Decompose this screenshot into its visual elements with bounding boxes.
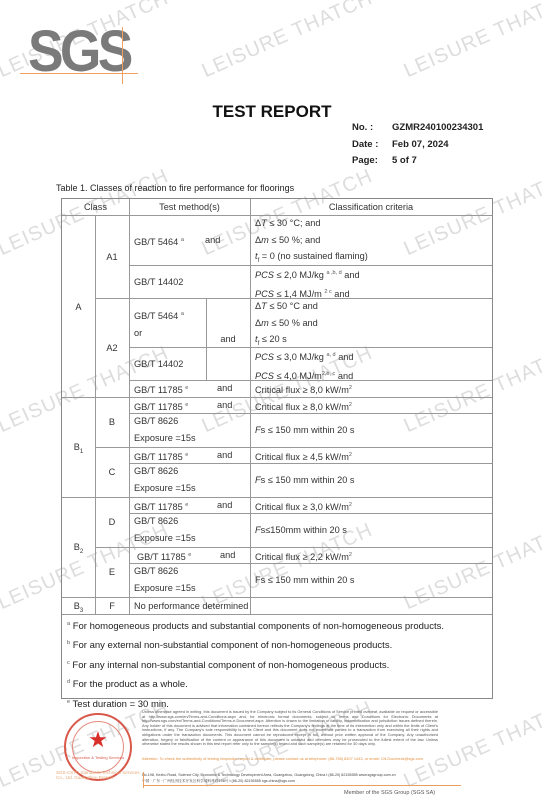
report-number: No. :GZMR240100234301 [352, 122, 483, 133]
star-icon: ★ [66, 729, 130, 751]
and-label: and [217, 397, 232, 414]
method-cell: GB/T 14402 [134, 274, 183, 291]
page-title: TEST REPORT [0, 102, 544, 122]
and-label: and [217, 497, 232, 514]
footnote-b: b For any external non-substantial compo… [67, 635, 444, 654]
method-cell: GB/T 14402 [134, 356, 183, 373]
criteria-cell: Critical flux ≥ 8,0 kW/m2 [255, 397, 352, 416]
branch-name: SGS-CSTC Standards Technical Services Co… [56, 770, 146, 780]
header-criteria: Classification criteria [250, 199, 492, 215]
authenticity-notice: Attention: To check the authenticity of … [142, 757, 438, 762]
method-cell: GB/T 8626Exposure =15s [134, 413, 196, 446]
class-c: C [95, 464, 129, 481]
legal-disclaimer: Unless otherwise agreed in writing, this… [142, 710, 438, 747]
class-a1: A1 [95, 249, 129, 266]
watermark-text: LEISURE THATCH [199, 0, 377, 83]
class-f: F [95, 598, 129, 615]
class-e: E [95, 564, 129, 581]
method-cell: GB/T 5464 a [134, 232, 184, 251]
and-label: and [220, 547, 235, 564]
sgs-logo: SGS [28, 25, 130, 79]
criteria-cell: ΔT ≤ 50 °C and Δm ≤ 50 % and tf ≤ 20 s [255, 298, 318, 352]
criteria-cell: Fs≤150mm within 20 s [255, 522, 347, 539]
criteria-cell: PCS ≤ 2,0 MJ/kg a ,b, d and PCS ≤ 1,4 MJ… [255, 265, 360, 302]
no-performance-cell: No performance determined [134, 598, 248, 615]
footnotes: a For homogeneous products and substanti… [67, 616, 444, 713]
footnote-d: d For the product as a whole. [67, 674, 444, 693]
member-statement: Member of the SGS Group (SGS SA) [344, 790, 435, 796]
method-cell: GB/T 5464 a or [134, 306, 184, 341]
criteria-cell: Fs ≤ 150 mm within 20 s [255, 422, 355, 439]
class-b1: B1 [62, 439, 95, 460]
fire-classification-table: Class Test method(s) Classification crit… [61, 198, 493, 699]
criteria-cell: PCS ≤ 3,0 MJ/kg a, d and PCS ≤ 4,0 MJ/m2… [255, 347, 354, 384]
criteria-cell: ΔT ≤ 30 °C; and Δm ≤ 50 %; and tf = 0 (n… [255, 215, 368, 269]
and-label: and [206, 331, 250, 348]
footnote-c: c For any internal non-substantial compo… [67, 655, 444, 674]
method-cell: GB/T 8626Exposure =15s [134, 463, 196, 496]
method-cell: GB/T 11785 e [134, 380, 188, 399]
footer-rule [143, 772, 144, 788]
class-b2: B2 [62, 539, 95, 560]
and-label: and [205, 232, 220, 249]
table-caption: Table 1. Classes of reaction to fire per… [56, 183, 294, 193]
method-cell: GB/T 8626Exposure =15s [134, 563, 196, 596]
criteria-cell: Fs ≤ 150 mm within 20 s [255, 572, 355, 589]
address-cn: 中国 · 广东 · 广州经济技术开发区科学城科珠路198号 t (86-20) … [142, 779, 295, 784]
class-b: B [95, 414, 129, 431]
method-cell: GB/T 8626Exposure =15s [134, 513, 196, 546]
and-label: and [217, 447, 232, 464]
criteria-cell: Critical flux ≥ 2,2 kW/m2 [255, 547, 352, 566]
logo-accent-line [20, 73, 138, 74]
footnote-a: a For homogeneous products and substanti… [67, 616, 444, 635]
criteria-cell: Critical flux ≥ 4,5 kW/m2 [255, 447, 352, 466]
logo-accent-line [122, 27, 123, 84]
class-d: D [95, 514, 129, 531]
report-date: Date :Feb 07, 2024 [352, 139, 449, 150]
footer-rule [143, 785, 461, 786]
watermark-text: LEISURE THATCH [401, 0, 544, 83]
and-label: and [217, 380, 232, 397]
address-en: No.198, Kezhu Road, Science City, Econom… [142, 773, 396, 777]
page-number: Page:5 of 7 [352, 155, 417, 166]
criteria-cell: Critical flux ≥ 8,0 kW/m2 [255, 380, 352, 399]
criteria-cell: Critical flux ≥ 3,0 kW/m2 [255, 497, 352, 516]
header-test-method: Test method(s) [129, 199, 250, 215]
class-a: A [62, 299, 95, 316]
criteria-cell: Fs ≤ 150 mm within 20 s [255, 472, 355, 489]
class-a2: A2 [95, 340, 129, 357]
header-class: Class [62, 199, 129, 215]
